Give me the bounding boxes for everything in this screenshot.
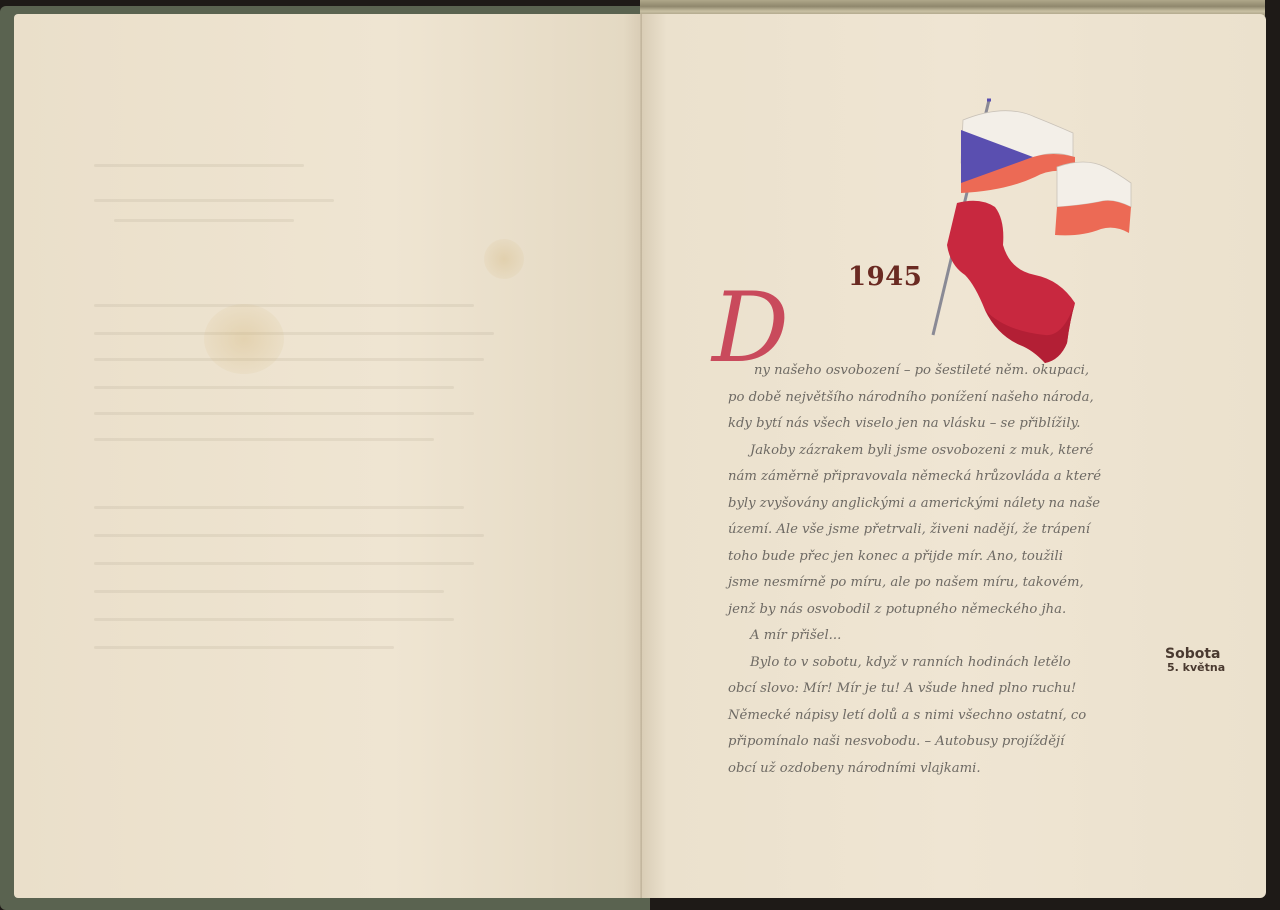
paragraph-1: ny našeho osvobození – po šestileté něm.… [728,358,1168,438]
text-line: A mír přišel... [728,623,1168,650]
bleed-through-mark [94,562,474,565]
text-line: kdy bytí nás všech viselo jen na vlásku … [728,411,1168,438]
text-line: území. Ale vše jsme přetrvali, živeni na… [728,517,1168,544]
text-line: toho bude přec jen konec a přijde mír. A… [728,544,1168,571]
text-line: jsme nesmírně po míru, ale po našem míru… [728,570,1168,597]
bleed-through-mark [94,304,474,307]
bleed-through-mark [94,332,494,335]
text-line: jenž by nás osvobodil z potupného německ… [728,597,1168,624]
text-line: ny našeho osvobození – po šestileté něm.… [728,358,1168,385]
bleed-through-mark [114,219,294,222]
text-line: Bylo to v sobotu, když v ranních hodinác… [728,650,1168,677]
bleed-through-mark [94,590,444,593]
year-heading: 1945 [848,262,922,292]
text-line: byly zvyšovány anglickými a americkými n… [728,491,1168,518]
czechoslovak-and-red-flags-icon [925,95,1145,370]
bleed-through-mark [94,438,434,441]
margin-note-date-text: 5. května [1165,661,1225,675]
margin-note-day: Sobota [1165,647,1225,661]
margin-note-date: Sobota 5. května [1165,647,1225,675]
paragraph-2: Jakoby zázrakem byli jsme osvobozeni z m… [728,438,1168,624]
bleed-through-mark [94,358,484,361]
paragraph-3: A mír přišel... [728,623,1168,650]
text-line: Německé nápisy letí dolů a s nimi všechn… [728,703,1168,730]
bleed-through-mark [94,412,474,415]
handwritten-text: ny našeho osvobození – po šestileté něm.… [728,358,1168,782]
bleed-through-mark [94,534,484,537]
bleed-through-mark [94,386,454,389]
text-line: obcí už ozdobeny národními vlajkami. [728,756,1168,783]
text-line: obcí slovo: Mír! Mír je tu! A všude hned… [728,676,1168,703]
text-line: Jakoby zázrakem byli jsme osvobozeni z m… [728,438,1168,465]
paper-stain [484,239,524,279]
bleed-through-mark [94,506,464,509]
bleed-through-mark [94,199,334,202]
text-line: po době největšího národního ponížení na… [728,385,1168,412]
paper-stain [204,304,284,374]
paragraph-4: Bylo to v sobotu, když v ranních hodinác… [728,650,1168,783]
bleed-through-mark [94,646,394,649]
left-page [14,14,642,898]
bleed-through-mark [94,618,454,621]
bleed-through-mark [94,164,304,167]
text-line: připomínalo naši nesvobodu. – Autobusy p… [728,729,1168,756]
text-line: nám záměrně připravovala německá hrůzovl… [728,464,1168,491]
